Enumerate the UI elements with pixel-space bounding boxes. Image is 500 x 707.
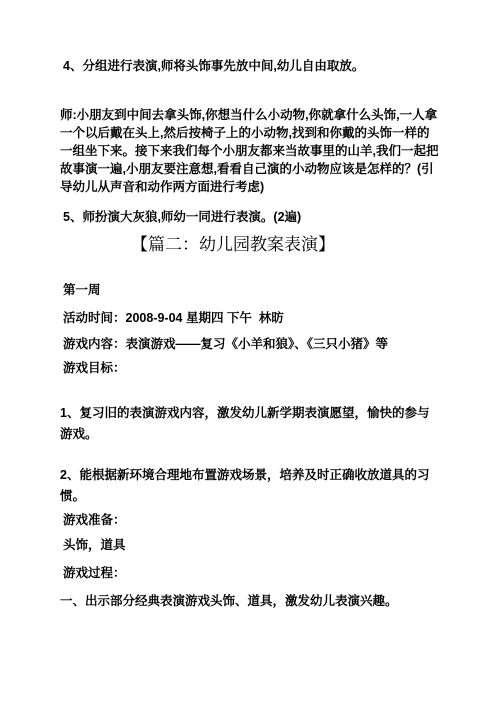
- process-step-1-line: 一、出示部分经典表演游戏头饰、道具，激发幼儿表演兴趣。: [60, 592, 440, 610]
- goal-2-line: 2、能根据新环境合理地布置游戏场景，培养及时正确收放道具的习惯。: [60, 465, 440, 507]
- props-line: 头饰，道具: [60, 536, 440, 554]
- game-preparation-heading: 游戏准备：: [60, 511, 440, 529]
- teacher-dialogue-paragraph: 师:小朋友到中间去拿头饰,你想当什么小动物,你就拿什么头饰,一人拿一个以后戴在头…: [60, 106, 440, 196]
- goal-1-line: 1、复习旧的表演游戏内容，激发幼儿新学期表演愿望，愉快的参与游戏。: [60, 403, 440, 445]
- step-4-line: 4、分组进行表演,师将头饰事先放中间,幼儿自由取放。: [60, 57, 440, 75]
- activity-time-line: 活动时间：2008-9-04 星期四 下午 林昉: [60, 309, 440, 327]
- game-process-heading: 游戏过程：: [60, 564, 440, 582]
- game-content-line: 游戏内容：表演游戏——复习《小羊和狼》、《三只小猪》等: [60, 335, 440, 353]
- step-5-line: 5、师扮演大灰狼,师幼一同进行表演。(2遍): [60, 208, 440, 226]
- game-goals-heading: 游戏目标：: [60, 359, 440, 377]
- document-page: 4、分组进行表演,师将头饰事先放中间,幼儿自由取放。 师:小朋友到中间去拿头饰,…: [0, 0, 500, 707]
- section-2-title: 【篇二：幼儿园教案表演】: [60, 233, 440, 256]
- week-heading: 第一周: [60, 281, 440, 299]
